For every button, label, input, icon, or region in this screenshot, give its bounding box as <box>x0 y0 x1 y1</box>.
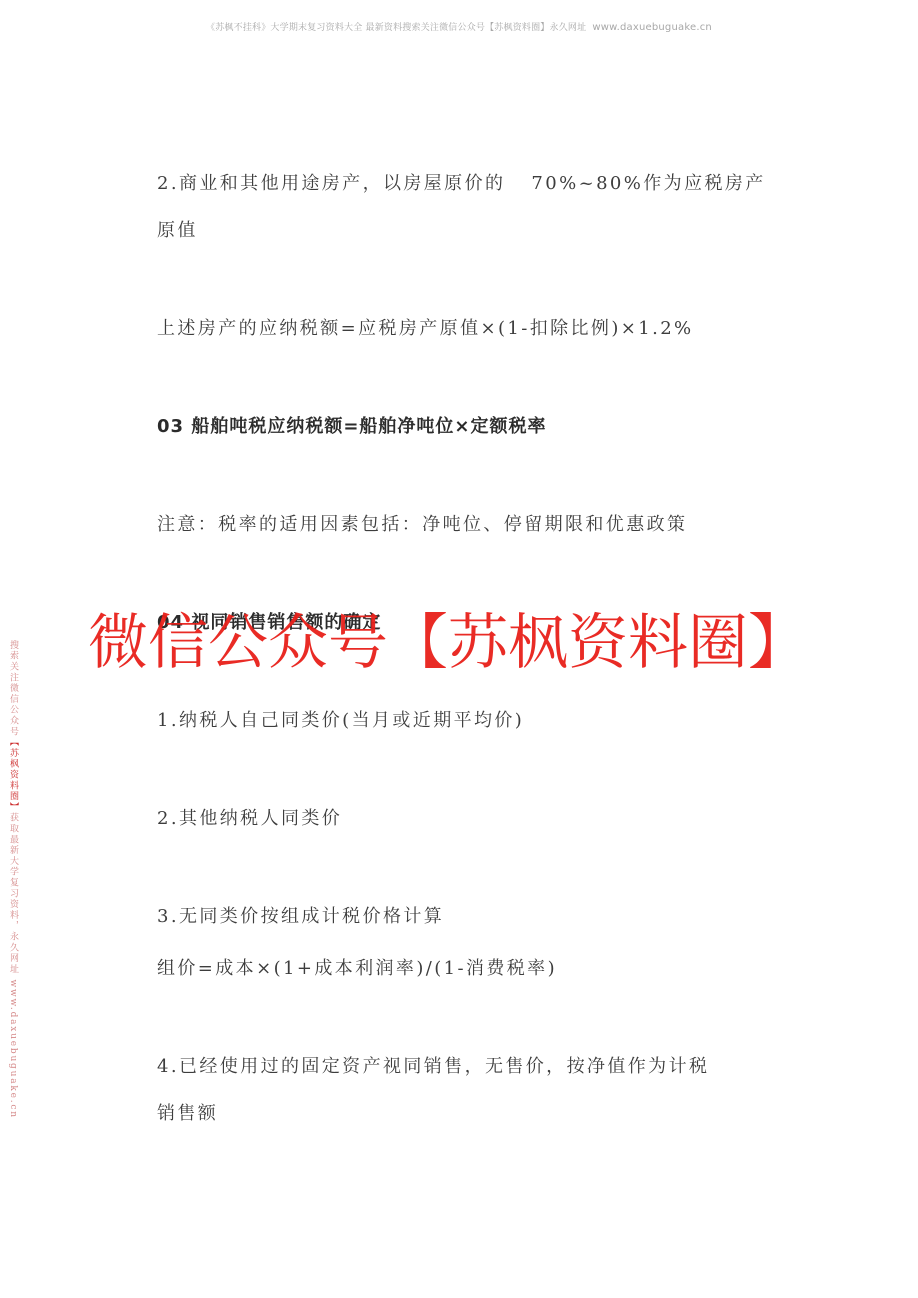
formula-house-tax: 上述房产的应纳税额=应税房产原值×(1-扣除比例)×1.2% <box>157 317 694 341</box>
side-watermark: 搜索关注微信公众号【苏枫资料圈】获取最新大学复习资料，永久网址 www.daxu… <box>6 640 20 1119</box>
header-banner: 《苏枫不挂科》大学期末复习资料大全 最新资料搜索关注微信公众号【苏枫资料圈】永久… <box>0 20 918 33</box>
paragraph-item2-line1: 2.商业和其他用途房产，以房屋原价的70%~80%作为应税房产 <box>157 172 766 196</box>
note-paragraph: 注意：税率的适用因素包括：净吨位、停留期限和优惠政策 <box>157 513 687 537</box>
header-banner-url: www.daxuebuguake.cn <box>592 22 712 33</box>
red-watermark-overlay: 微信公众号【苏枫资料圈】 <box>88 605 808 681</box>
point-2: 2.其他纳税人同类价 <box>157 807 342 831</box>
side-watermark-bracket: 【苏枫资料圈】 <box>8 737 18 813</box>
formula-composed-price: 组价=成本×(1+成本利润率)/(1-消费税率) <box>157 957 557 981</box>
item2-text: 2.商业和其他用途房产，以房屋原价的 <box>157 173 505 194</box>
heading-03: 03 船舶吨税应纳税额=船舶净吨位×定额税率 <box>157 415 546 439</box>
point-3: 3.无同类价按组成计税价格计算 <box>157 905 444 929</box>
point-4-line2: 销售额 <box>157 1102 218 1126</box>
point-1: 1.纳税人自己同类价(当月或近期平均价) <box>157 709 524 733</box>
item2-range: 70%~80%作为应税房产 <box>531 173 765 194</box>
side-watermark-text-before: 搜索关注微信公众号 <box>8 640 18 737</box>
header-banner-text: 《苏枫不挂科》大学期末复习资料大全 最新资料搜索关注微信公众号【苏枫资料圈】永久… <box>206 23 586 33</box>
point-4-line1: 4.已经使用过的固定资产视同销售，无售价，按净值作为计税 <box>157 1055 709 1079</box>
side-watermark-text-after: 获取最新大学复习资料，永久网址 www.daxuebuguake.cn <box>8 813 18 1119</box>
paragraph-item2-line2: 原值 <box>157 219 198 243</box>
